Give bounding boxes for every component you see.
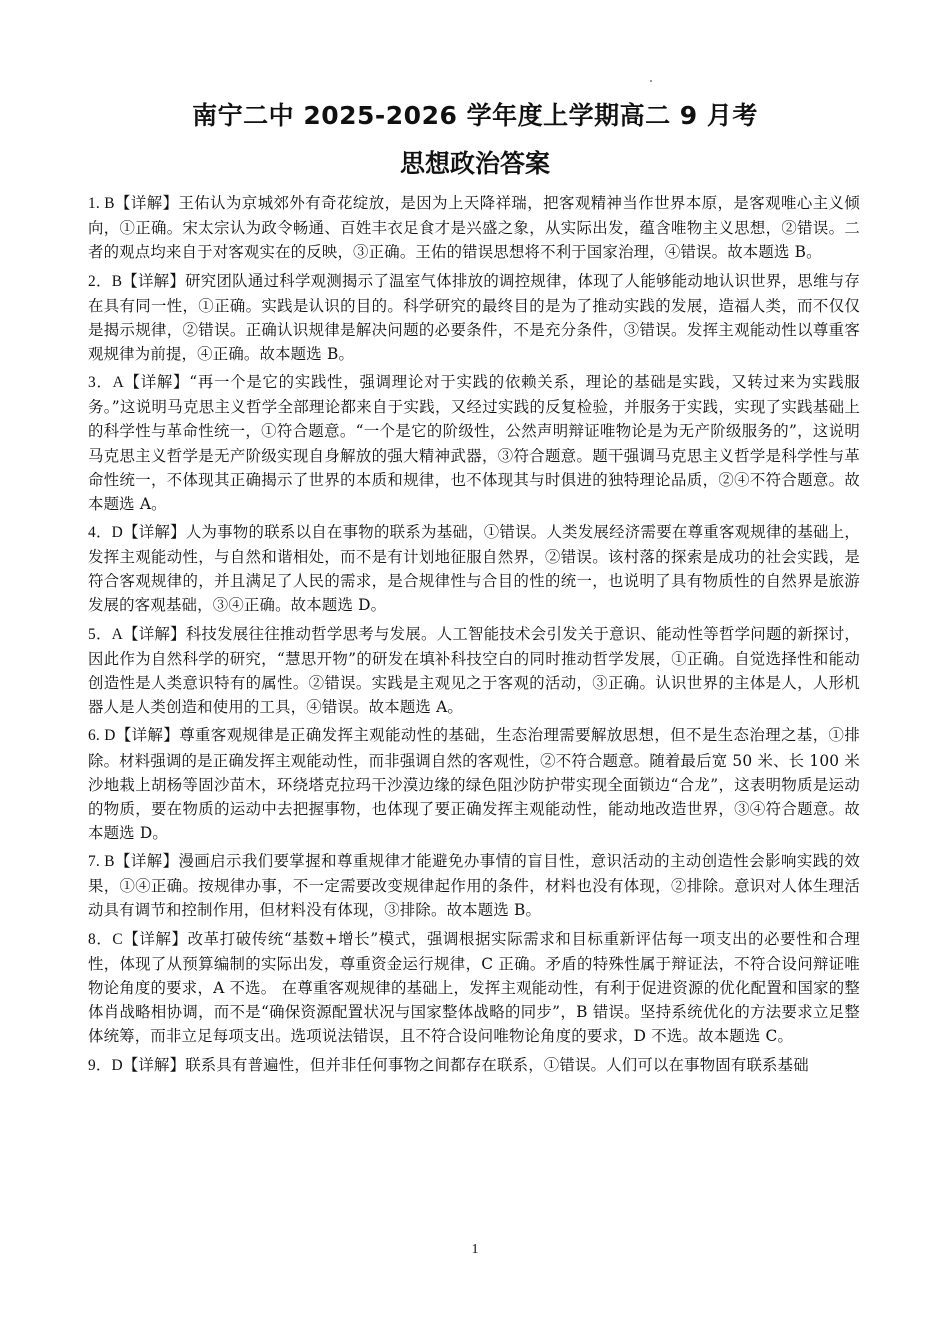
item-explanation: 科技发展往往推动哲学思考与发展。人工智能技术会引发关于意识、能动性等哲学问题的新… [88, 625, 860, 716]
scan-speck [650, 80, 652, 82]
answer-item-6: 6. D【详解】尊重客观规律是正确发挥主观能动性的基础，生态治理需要解放思想，但… [88, 723, 860, 844]
item-explanation: 人为事物的联系以自在事物的联系为基础，①错误。人类发展经济需要在尊重客观规律的基… [88, 523, 860, 614]
answer-item-3: 3．A【详解】“再一个是它的实践性，强调理论对于实践的依赖关系，理论的基础是实践… [88, 370, 860, 516]
page-number: 1 [0, 1240, 950, 1260]
answer-item-7: 7. B【详解】漫画启示我们要掌握和尊重规律才能避免办事情的盲目性，意识活动的主… [88, 849, 860, 922]
item-answer: B [104, 195, 114, 212]
item-number: 5． [88, 626, 112, 643]
item-explanation: 研究团队通过科学观测揭示了温室气体排放的调控规律，体现了人能够能动地认识世界，思… [88, 272, 860, 363]
item-answer: B [104, 853, 114, 870]
item-explanation: 王佑认为京城郊外有奇花绽放，是因为上天降祥瑞，把客观精神当作世界本原，是客观唯心… [88, 194, 860, 261]
item-number: 8． [88, 931, 112, 948]
detail-tag: 【详解】 [115, 852, 179, 870]
answer-item-2: 2．B【详解】研究团队通过科学观测揭示了温室气体排放的调控规律，体现了人能够能动… [88, 269, 860, 366]
item-answer: A [112, 626, 123, 643]
item-number: 9． [88, 1057, 112, 1074]
answer-item-8: 8．C【详解】改革打破传统“基数+增长”模式，强调根据实际需求和目标重新评估每一… [88, 927, 860, 1048]
item-number: 2． [88, 273, 112, 290]
item-answer: A [113, 374, 124, 391]
item-number: 3． [88, 374, 113, 391]
detail-tag: 【详解】 [123, 523, 186, 541]
detail-tag: 【详解】 [115, 194, 179, 212]
item-explanation: 联系具有普遍性，但并非任何事物之间都存在联系，①错误。人们可以在事物固有联系基础 [185, 1056, 809, 1074]
item-answer: D [112, 524, 123, 541]
page-title: 南宁二中 2025-2026 学年度上学期高二 9 月考 [0, 98, 950, 134]
detail-tag: 【详解】 [123, 625, 186, 643]
item-answer: D [104, 727, 115, 744]
item-explanation: 漫画启示我们要掌握和尊重规律才能避免办事情的盲目性，意识活动的主动创造性会影响实… [88, 852, 860, 919]
answer-item-4: 4．D【详解】人为事物的联系以自在事物的联系为基础，①错误。人类发展经济需要在尊… [88, 520, 860, 617]
answer-item-9: 9．D【详解】联系具有普遍性，但并非任何事物之间都存在联系，①错误。人们可以在事… [88, 1053, 860, 1078]
item-number: 4． [88, 524, 112, 541]
answer-list: 1. B【详解】王佑认为京城郊外有奇花绽放，是因为上天降祥瑞，把客观精神当作世界… [88, 191, 860, 1082]
item-explanation: “再一个是它的实践性，强调理论对于实践的依赖关系，理论的基础是实践，又转过来为实… [88, 373, 860, 512]
item-explanation: 尊重客观规律是正确发挥主观能动性的基础，生态治理需要解放思想，但不是生态治理之基… [88, 726, 860, 841]
detail-tag: 【详解】 [123, 1056, 185, 1074]
item-number: 6. [88, 727, 104, 744]
item-answer: C [112, 931, 122, 948]
item-explanation: 改革打破传统“基数+增长”模式，强调根据实际需求和目标重新评估每一项支出的必要性… [88, 930, 860, 1045]
detail-tag: 【详解】 [122, 272, 185, 290]
item-number: 1. [88, 195, 104, 212]
detail-tag: 【详解】 [124, 373, 189, 391]
detail-tag: 【详解】 [123, 930, 188, 948]
answer-item-1: 1. B【详解】王佑认为京城郊外有奇花绽放，是因为上天降祥瑞，把客观精神当作世界… [88, 191, 860, 264]
answer-item-5: 5．A【详解】科技发展往往推动哲学思考与发展。人工智能技术会引发关于意识、能动性… [88, 622, 860, 719]
item-number: 7. [88, 853, 104, 870]
page-subtitle: 思想政治答案 [0, 146, 950, 182]
detail-tag: 【详解】 [116, 726, 180, 744]
item-answer: B [112, 273, 122, 290]
item-answer: D [112, 1057, 123, 1074]
